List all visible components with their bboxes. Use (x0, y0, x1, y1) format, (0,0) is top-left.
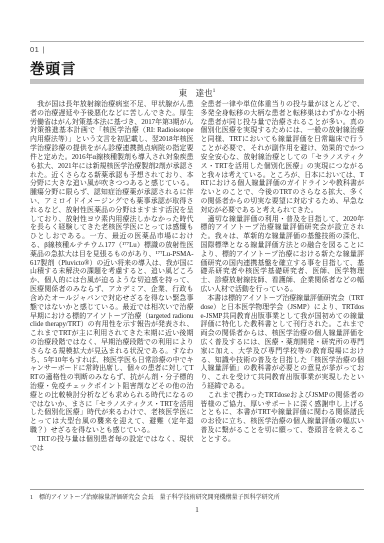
chapter-number-text: 01 (30, 45, 39, 54)
chapter-separator: | (42, 45, 44, 54)
page-number: 1 (30, 506, 364, 514)
author-line: 東 達也1 (30, 87, 364, 99)
right-column: 全患者一律や単位体重当りの投与量がほとんどで、多発全身転移の大柄な患者と転移巣は… (201, 101, 365, 454)
paragraph: 本書は標的アイソトープ治療線量評価研究会（TRTdose）と日本医学物理学会（J… (201, 295, 365, 392)
paragraph: TRTの投与量は個別患者毎の設定ではなく、現状では (30, 436, 194, 454)
paragraph: これまで携わったTRTdoseおよびJSMPの関係者の皆様のご協力、厚いサポート… (201, 392, 365, 445)
header-rule (30, 41, 364, 42)
paragraph: 全患者一律や単位体重当りの投与量がほとんどで、多発全身転移の大柄な患者と転移巣は… (201, 101, 365, 216)
paragraph: 我が国は長年放射線治療病室不足、甲状腺がん患者の治療遅延や予後悪化などに苦しんで… (30, 101, 194, 436)
left-column: 我が国は長年放射線治療病室不足、甲状腺がん患者の治療遅延や予後悪化などに苦しんで… (30, 101, 194, 454)
chapter-number: 01| (30, 45, 45, 54)
page-title: 巻頭言 (30, 58, 77, 79)
author-name: 東 達也 (179, 88, 213, 98)
footnote-text: 標的アイソトープ治療線量評価研究会 会長 量子科学技術研究開発機構量子医科学研究… (39, 495, 280, 501)
paragraph: 適切な線量評価の利用・普及を目指して、2020年標的アイソトープ治療線量評価研究… (201, 216, 365, 295)
author-footnote-ref: 1 (213, 88, 216, 94)
title-accent-bar (30, 79, 364, 84)
footnote: 1標的アイソトープ治療線量評価研究会 会長 量子科学技術研究開発機構量子医科学研… (30, 492, 364, 501)
document-page: 01| 巻頭言 東 達也1 我が国は長年放射線治療病室不足、甲状腺がん患者の治療… (0, 0, 384, 543)
footnote-rule (30, 489, 364, 490)
body-columns: 我が国は長年放射線治療病室不足、甲状腺がん患者の治療遅延や予後悪化などに苦しんで… (30, 101, 364, 454)
footnote-mark: 1 (30, 495, 33, 501)
